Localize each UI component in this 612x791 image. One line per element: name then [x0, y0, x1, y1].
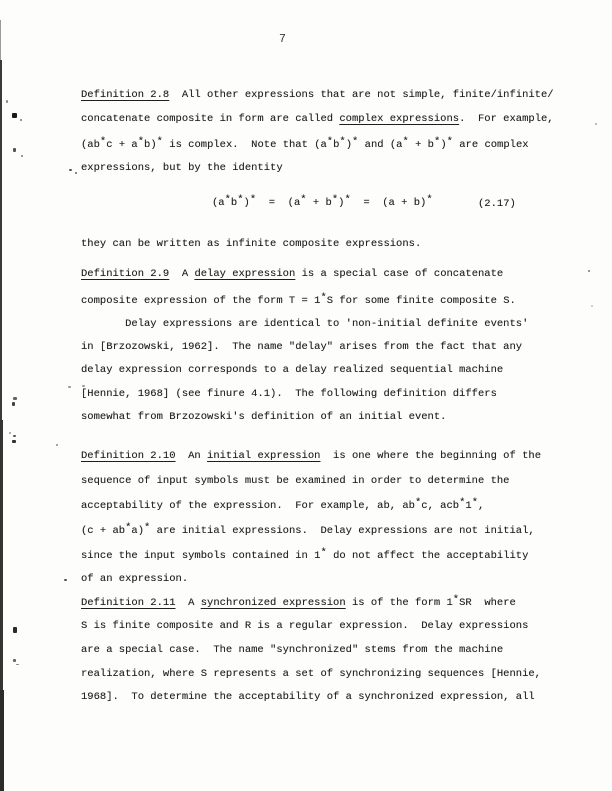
text-line: (2.17)	[478, 198, 516, 211]
text-line: expressions, but by the identity	[81, 162, 283, 175]
text-line: delay expression corresponds to a delay …	[81, 364, 503, 377]
text-segment: S is finite composite and R is a regular…	[81, 620, 528, 632]
text-segment: realization, where S represents a set of…	[81, 668, 541, 680]
scan-speck	[20, 119, 22, 121]
text-segment: All other expressions that are not simpl…	[169, 89, 553, 101]
scan-speck	[13, 435, 16, 437]
text-line: somewhat from Brzozowski's definition of…	[81, 411, 446, 424]
text-line: concatenate composite in form are called…	[81, 113, 554, 126]
scan-speck	[13, 397, 17, 400]
scan-speck	[69, 169, 72, 171]
text-line: of an expression.	[81, 573, 188, 586]
text-line: (ab*c + a*b)* is complex. Note that (a*b…	[81, 139, 529, 152]
text-line: acceptability of the expression. For exa…	[81, 500, 484, 513]
text-line: (a*b*)* = (a* + b*)* = (a + b)*	[212, 197, 433, 210]
text-segment: is one where the beginning of the	[320, 450, 541, 462]
text-segment: acceptability of the expression. For exa…	[81, 500, 484, 512]
scan-speck	[12, 113, 17, 118]
scan-speck	[16, 664, 19, 665]
page-number: 7	[279, 33, 286, 46]
scan-speck	[9, 432, 11, 434]
text-line: Delay expressions are identical to 'non-…	[81, 318, 528, 331]
text-line: they can be written as infinite composit…	[81, 238, 421, 251]
text-segment: composite expression of the form T = 1*S…	[81, 295, 516, 307]
underlined-text: Definition 2.9	[81, 268, 169, 280]
scan-speck	[591, 305, 593, 307]
text-segment: are a special case. The name "synchroniz…	[81, 644, 503, 656]
text-segment: concatenate composite in form are called	[81, 113, 339, 125]
scan-speck	[13, 659, 16, 662]
underlined-text: initial expression	[207, 450, 320, 462]
text-segment: sequence of input symbols must be examin…	[81, 475, 509, 487]
text-segment: Delay expressions are identical to 'non-…	[81, 318, 528, 330]
scan-speck	[75, 172, 77, 174]
text-line: Definition 2.10 An initial expression is…	[81, 450, 541, 463]
text-segment: is a special case of concatenate	[295, 268, 503, 280]
scan-edge-line	[0, 20, 1, 65]
text-segment: (a*b*)* = (a* + b*)* = (a + b)*	[212, 197, 433, 209]
text-segment: A	[176, 597, 201, 609]
text-segment: . For example,	[459, 113, 554, 125]
text-segment: A	[169, 268, 194, 280]
scan-speck	[588, 270, 590, 272]
scan-speck	[82, 385, 85, 387]
underlined-text: Definition 2.10	[81, 450, 176, 462]
text-segment: since the input symbols contained in 1* …	[81, 550, 528, 562]
text-line: are a special case. The name "synchroniz…	[81, 644, 503, 657]
underlined-text: complex expressions	[339, 113, 459, 125]
text-line: S is finite composite and R is a regular…	[81, 620, 528, 633]
text-line: composite expression of the form T = 1*S…	[81, 295, 516, 308]
text-segment: (c + ab*a)* are initial expressions. Del…	[81, 525, 535, 537]
text-segment: is of the form 1*SR where	[346, 597, 516, 609]
text-segment: in [Brzozowski, 1962]. The name "delay" …	[81, 341, 522, 353]
scan-speck	[12, 402, 15, 406]
text-segment: [Hennie, 1968] (see finure 4.1). The fol…	[81, 388, 497, 400]
scan-speck	[595, 123, 597, 125]
text-line: Definition 2.11 A synchronized expressio…	[81, 597, 516, 610]
scan-speck	[64, 579, 67, 581]
scan-speck	[21, 155, 23, 157]
text-segment: (ab*c + a*b)* is complex. Note that (a*b…	[81, 139, 529, 151]
scan-speck	[13, 627, 17, 633]
scan-edge-line	[0, 690, 4, 791]
text-segment: somewhat from Brzozowski's definition of…	[81, 411, 446, 423]
text-segment: An	[176, 450, 208, 462]
text-segment: delay expression corresponds to a delay …	[81, 364, 503, 376]
text-line: Definition 2.9 A delay expression is a s…	[81, 268, 503, 281]
underlined-text: Definition 2.11	[81, 597, 176, 609]
underlined-text: Definition 2.8	[81, 89, 169, 101]
underlined-text: synchronized expression	[201, 597, 346, 609]
document-page: 7 Definition 2.8 All other expressions t…	[0, 0, 612, 791]
underlined-text: delay expression	[194, 268, 295, 280]
scan-speck	[13, 148, 16, 152]
scan-speck	[56, 444, 58, 446]
text-line: (c + ab*a)* are initial expressions. Del…	[81, 525, 535, 538]
text-line: Definition 2.8 All other expressions tha…	[81, 89, 554, 102]
text-line: realization, where S represents a set of…	[81, 668, 541, 681]
text-line: in [Brzozowski, 1962]. The name "delay" …	[81, 341, 522, 354]
text-line: 1968]. To determine the acceptability of…	[81, 691, 535, 704]
text-segment: expressions, but by the identity	[81, 162, 283, 174]
scan-speck	[68, 386, 71, 388]
scan-speck	[6, 100, 8, 103]
text-line: sequence of input symbols must be examin…	[81, 475, 509, 488]
text-segment: (2.17)	[478, 198, 516, 210]
text-segment: 1968]. To determine the acceptability of…	[81, 691, 535, 703]
text-segment: they can be written as infinite composit…	[81, 238, 421, 250]
text-segment: of an expression.	[81, 573, 188, 585]
scan-speck	[12, 440, 16, 443]
text-line: [Hennie, 1968] (see finure 4.1). The fol…	[81, 388, 497, 401]
text-line: since the input symbols contained in 1* …	[81, 550, 528, 563]
